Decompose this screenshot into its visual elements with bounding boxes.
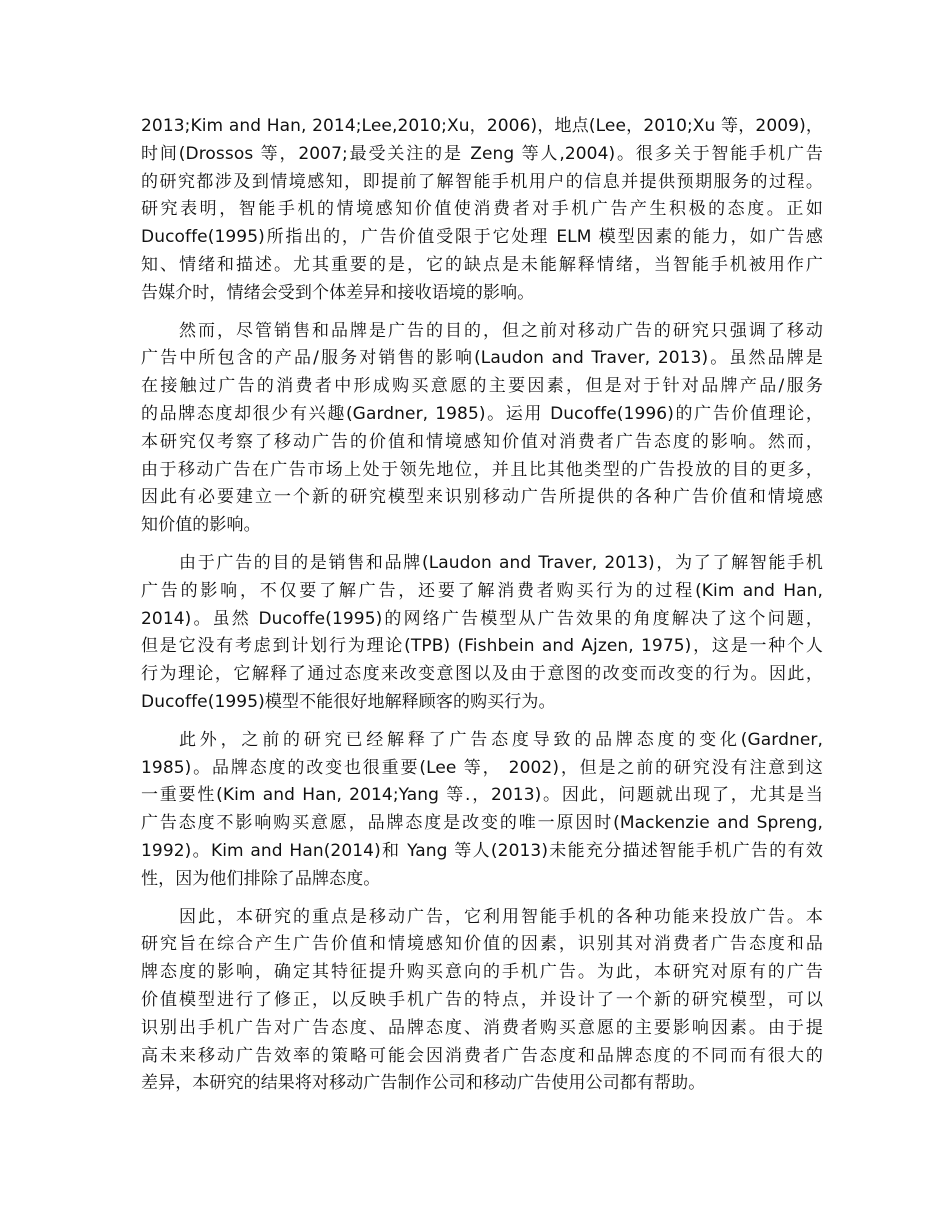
text-line: 告媒介时，情绪会受到个体差异和接收语境的影响。 xyxy=(141,280,823,308)
text-line: Ducoffe(1995)所指出的，广告价值受限于它处理 ELM 模型因素的能力… xyxy=(141,224,823,252)
text-line: 广告的影响，不仅要了解广告，还要了解消费者购买行为的过程(Kim and Han… xyxy=(141,578,823,606)
text-line: 1985)。品牌态度的改变也很重要(Lee 等， 2002)，但是之前的研究没有… xyxy=(141,755,823,783)
paragraph-1: 2013;Kim and Han, 2014;Lee,2010;Xu，2006)… xyxy=(141,113,823,308)
text-line: 价值模型进行了修正，以反映手机广告的特点，并设计了一个新的研究模型，可以 xyxy=(141,987,823,1015)
text-line: 由于广告的目的是销售和品牌(Laudon and Traver, 2013)，为… xyxy=(141,550,823,578)
text-line: 2013;Kim and Han, 2014;Lee,2010;Xu，2006)… xyxy=(141,113,823,141)
text-line: 的品牌态度却很少有兴趣(Gardner, 1985)。运用 Ducoffe(19… xyxy=(141,401,823,429)
text-line: 知价值的影响。 xyxy=(141,512,823,540)
paragraph-4: 此外，之前的研究已经解释了广告态度导致的品牌态度的变化(Gardner, 198… xyxy=(141,727,823,894)
text-line: 然而，尽管销售和品牌是广告的目的，但之前对移动广告的研究只强调了移动 xyxy=(141,318,823,346)
text-line: 此外，之前的研究已经解释了广告态度导致的品牌态度的变化(Gardner, xyxy=(141,727,823,755)
text-line: 广告态度不影响购买意愿，品牌态度是改变的唯一原因时(Mackenzie and … xyxy=(141,810,823,838)
text-line: 研究旨在综合产生广告价值和情境感知价值的因素，识别其对消费者广告态度和品 xyxy=(141,931,823,959)
text-line: 性，因为他们排除了品牌态度。 xyxy=(141,866,823,894)
text-line: 因此，本研究的重点是移动广告，它利用智能手机的各种功能来投放广告。本 xyxy=(141,904,823,932)
paragraph-5: 因此，本研究的重点是移动广告，它利用智能手机的各种功能来投放广告。本 研究旨在综… xyxy=(141,904,823,1099)
paragraph-3: 由于广告的目的是销售和品牌(Laudon and Traver, 2013)，为… xyxy=(141,550,823,717)
text-line: 牌态度的影响，确定其特征提升购买意向的手机广告。为此，本研究对原有的广告 xyxy=(141,959,823,987)
text-line: 时间(Drossos 等，2007;最受关注的是 Zeng 等人,2004)。很… xyxy=(141,141,823,169)
text-line: 行为理论，它解释了通过态度来改变意图以及由于意图的改变而改变的行为。因此， xyxy=(141,661,823,689)
text-line: 一重要性(Kim and Han, 2014;Yang 等.，2013)。因此，… xyxy=(141,782,823,810)
text-line: 1992)。Kim and Han(2014)和 Yang 等人(2013)未能… xyxy=(141,838,823,866)
text-line: 但是它没有考虑到计划行为理论(TPB) (Fishbein and Ajzen,… xyxy=(141,633,823,661)
text-line: 研究表明，智能手机的情境感知价值使消费者对手机广告产生积极的态度。正如 xyxy=(141,196,823,224)
text-line: 由于移动广告在广告市场上处于领先地位，并且比其他类型的广告投放的目的更多， xyxy=(141,457,823,485)
text-line: 的研究都涉及到情境感知，即提前了解智能手机用户的信息并提供预期服务的过程。 xyxy=(141,169,823,197)
text-line: 差异，本研究的结果将对移动广告制作公司和移动广告使用公司都有帮助。 xyxy=(141,1070,823,1098)
text-line: Ducoffe(1995)模型不能很好地解释顾客的购买行为。 xyxy=(141,689,823,717)
document-page: 2013;Kim and Han, 2014;Lee,2010;Xu，2006)… xyxy=(141,113,823,1108)
text-line: 识别出手机广告对广告态度、品牌态度、消费者购买意愿的主要影响因素。由于提 xyxy=(141,1015,823,1043)
text-line: 在接触过广告的消费者中形成购买意愿的主要因素，但是对于针对品牌产品/服务 xyxy=(141,373,823,401)
text-line: 2014)。虽然 Ducoffe(1995)的网络广告模型从广告效果的角度解决了… xyxy=(141,606,823,634)
text-line: 因此有必要建立一个新的研究模型来识别移动广告所提供的各种广告价值和情境感 xyxy=(141,484,823,512)
paragraph-2: 然而，尽管销售和品牌是广告的目的，但之前对移动广告的研究只强调了移动 广告中所包… xyxy=(141,318,823,540)
text-line: 知、情绪和描述。尤其重要的是，它的缺点是未能解释情绪，当智能手机被用作广 xyxy=(141,252,823,280)
text-line: 高未来移动广告效率的策略可能会因消费者广告态度和品牌态度的不同而有很大的 xyxy=(141,1043,823,1071)
text-line: 本研究仅考察了移动广告的价值和情境感知价值对消费者广告态度的影响。然而， xyxy=(141,429,823,457)
text-line: 广告中所包含的产品/服务对销售的影响(Laudon and Traver, 20… xyxy=(141,345,823,373)
